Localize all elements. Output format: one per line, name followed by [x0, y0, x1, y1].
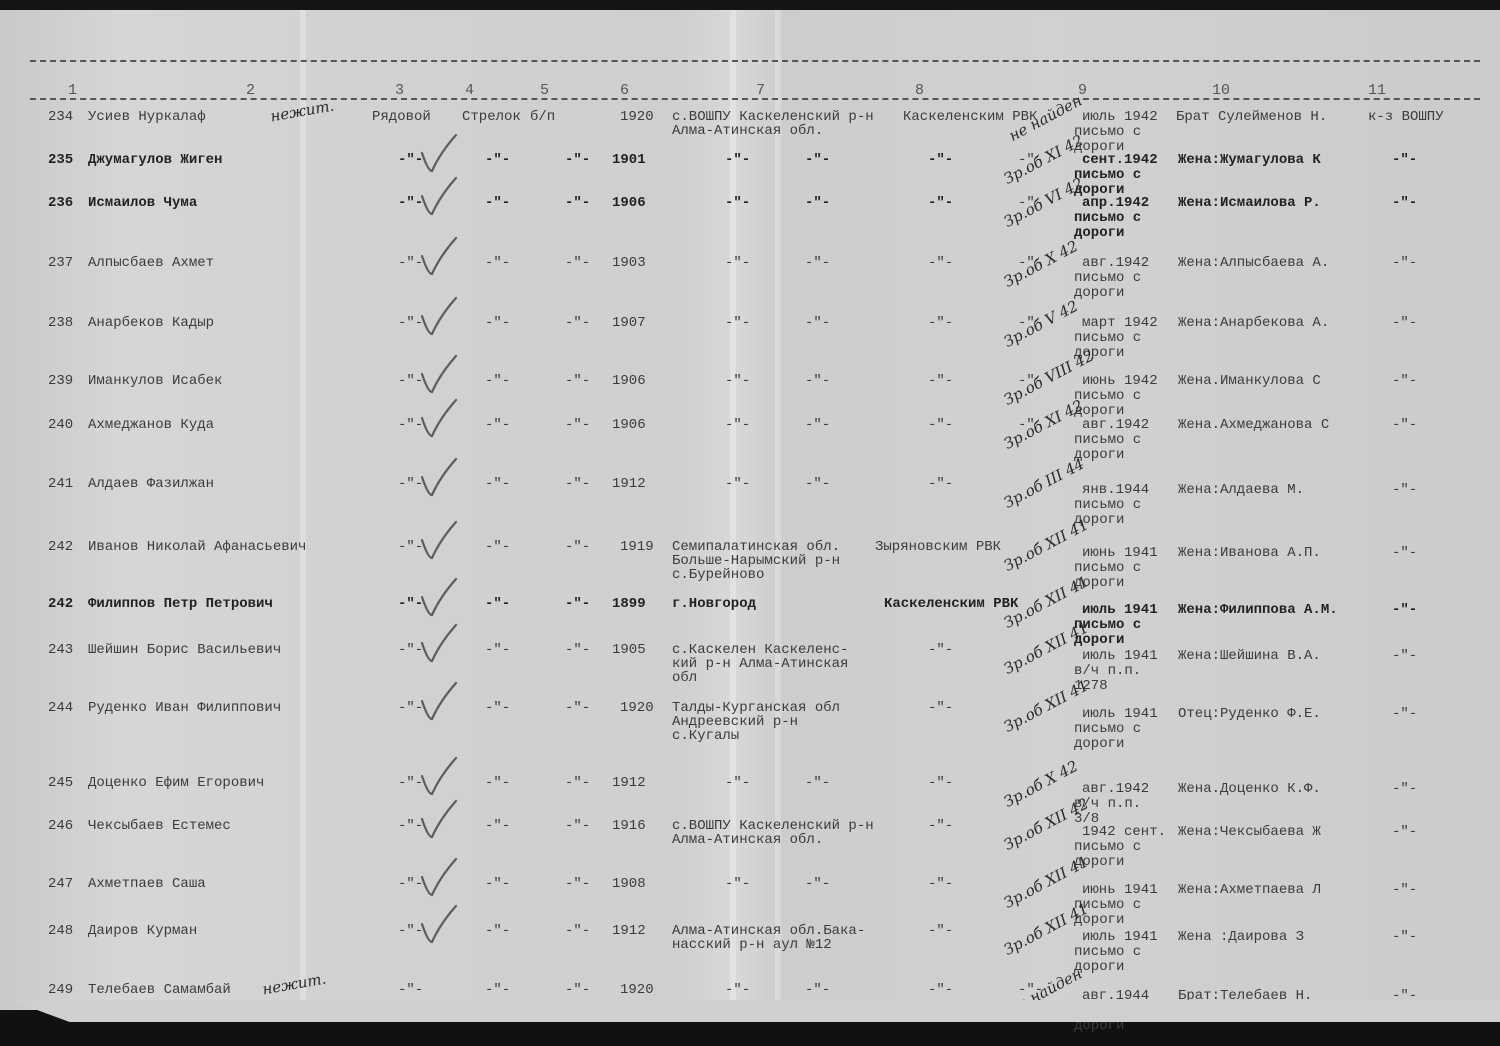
- address: -"-: [1392, 316, 1417, 331]
- birth-year: 1906: [612, 418, 646, 433]
- conscripted-by: -"-: [928, 877, 953, 892]
- last-contact-line: июль 1941: [1082, 603, 1158, 618]
- row-number: 242: [48, 540, 73, 555]
- soldier-name: Ахметпаев Саша: [88, 877, 206, 892]
- birth-year: 1901: [612, 153, 646, 168]
- birth-year: 1906: [612, 196, 646, 211]
- last-contact-line: дороги: [1074, 226, 1124, 241]
- last-contact-line: авг.1942: [1082, 782, 1149, 797]
- rank: Рядовой: [372, 110, 431, 125]
- last-contact-line: письмо с: [1074, 498, 1141, 513]
- soldier-name: Исмаилов Чума: [88, 196, 197, 211]
- conscripted-by: -"-: [928, 643, 953, 658]
- birth-year: 1920: [620, 983, 654, 998]
- conscripted-by: -"-: [928, 418, 953, 433]
- address: -"-: [1392, 483, 1417, 498]
- row-number: 235: [48, 153, 73, 168]
- column-number: 4: [465, 82, 474, 99]
- party-status: -"-: [565, 418, 590, 433]
- column-number: 10: [1212, 82, 1230, 99]
- check-mark-icon: [418, 455, 458, 499]
- soldier-name: Шейшин Борис Васильевич: [88, 643, 281, 658]
- check-mark-icon: [418, 621, 458, 665]
- column-number: 8: [915, 82, 924, 99]
- address: -"-: [1392, 930, 1417, 945]
- position: -"-: [485, 983, 510, 998]
- party-status: -"-: [565, 477, 590, 492]
- relative: Жена:Анарбекова А.: [1178, 316, 1329, 331]
- birthplace-line: -"-: [725, 418, 750, 433]
- relative: Жена:Филиппова А.М.: [1178, 603, 1338, 618]
- check-mark-icon: [418, 352, 458, 396]
- relative: Брат Сулейменов Н.: [1176, 110, 1327, 125]
- soldier-name: Анарбеков Кадыр: [88, 316, 214, 331]
- conscripted-by: -"-: [928, 776, 953, 791]
- last-contact-line: 1942 сент.: [1082, 825, 1166, 840]
- check-mark-icon: [418, 294, 458, 338]
- check-mark-icon: [418, 518, 458, 562]
- conscripted-by: Зыряновским РВК: [875, 540, 1001, 555]
- last-contact-line: июнь 1941: [1082, 546, 1158, 561]
- last-contact-line: июль 1941: [1082, 707, 1158, 722]
- birthplace-line: -"-: [805, 316, 830, 331]
- last-contact-line: письмо с: [1074, 722, 1141, 737]
- soldier-name: Джумагулов Жиген: [88, 153, 222, 168]
- handwritten-side-note: нежит.: [261, 970, 328, 999]
- relative: Жена.Ахмеджанова С: [1178, 418, 1329, 433]
- soldier-name: Алпысбаев Ахмет: [88, 256, 214, 271]
- birthplace-line: -"-: [725, 196, 750, 211]
- party-status: -"-: [565, 877, 590, 892]
- party-status: -"-: [565, 924, 590, 939]
- conscripted-by: Каскеленским РВК: [884, 597, 1018, 612]
- address: -"-: [1392, 374, 1417, 389]
- birthplace-line: -"-: [805, 196, 830, 211]
- row-number: 236: [48, 196, 73, 211]
- last-contact-line: авг.1942: [1082, 256, 1149, 271]
- birth-year: 1919: [620, 540, 654, 555]
- birthplace-line: -"-: [725, 316, 750, 331]
- last-contact-line: письмо с: [1074, 331, 1141, 346]
- address: -"-: [1392, 418, 1417, 433]
- birth-year: 1899: [612, 597, 646, 612]
- position: -"-: [485, 597, 510, 612]
- position: -"-: [485, 877, 510, 892]
- soldier-name: Усиев Нуркалаф: [88, 110, 206, 125]
- party-status: б/п: [530, 110, 555, 125]
- position: -"-: [485, 819, 510, 834]
- party-status: -"-: [565, 316, 590, 331]
- address: -"-: [1392, 825, 1417, 840]
- position: Стрелок: [462, 110, 521, 125]
- party-status: -"-: [565, 819, 590, 834]
- party-status: -"-: [565, 776, 590, 791]
- conscripted-by: -"-: [928, 924, 953, 939]
- relative: Жена:Шейшина В.А.: [1178, 649, 1321, 664]
- check-mark-icon: [418, 902, 458, 946]
- column-number: 1: [68, 82, 77, 99]
- row-number: 245: [48, 776, 73, 791]
- birthplace-line: -"-: [725, 477, 750, 492]
- soldier-name: Алдаев Фазилжан: [88, 477, 214, 492]
- relative: Жена:Жумагулова К: [1178, 153, 1321, 168]
- birth-year: 1912: [612, 924, 646, 939]
- conscripted-by: -"-: [928, 316, 953, 331]
- conscripted-by: -"-: [928, 701, 953, 716]
- column-number: 11: [1368, 82, 1386, 99]
- birthplace-line: Алма-Атинская обл.: [672, 124, 823, 139]
- birthplace-line: обл: [672, 671, 697, 686]
- soldier-name: Доценко Ефим Егорович: [88, 776, 264, 791]
- soldier-name: Чексыбаев Естемес: [88, 819, 231, 834]
- document-page: 1 2 3 4 5 6 7 8 9 10 11 234Усиев Нуркала…: [0, 10, 1500, 1010]
- check-mark-icon: [418, 855, 458, 899]
- check-mark-icon: [418, 234, 458, 278]
- birthplace-line: -"-: [805, 877, 830, 892]
- party-status: -"-: [565, 643, 590, 658]
- soldier-name: Руденко Иван Филиппович: [88, 701, 281, 716]
- birthplace-line: -"-: [805, 256, 830, 271]
- check-mark-icon: [418, 174, 458, 218]
- last-contact-line: в/ч п.п.: [1074, 664, 1141, 679]
- last-contact-line: дороги: [1074, 737, 1124, 752]
- birth-year: 1903: [612, 256, 646, 271]
- birthplace-line: -"-: [725, 153, 750, 168]
- party-status: -"-: [565, 256, 590, 271]
- row-number: 240: [48, 418, 73, 433]
- birth-year: 1916: [612, 819, 646, 834]
- position: -"-: [485, 540, 510, 555]
- row-number: 246: [48, 819, 73, 834]
- column-number: 7: [756, 82, 765, 99]
- row-number: 237: [48, 256, 73, 271]
- address: к-з ВОШПУ: [1368, 110, 1444, 125]
- birthplace-line: насский р-н аул №12: [672, 938, 832, 953]
- column-number: 2: [246, 82, 255, 99]
- last-contact-line: письмо с: [1074, 945, 1141, 960]
- position: -"-: [485, 316, 510, 331]
- party-status: -"-: [565, 597, 590, 612]
- party-status: -"-: [565, 153, 590, 168]
- position: -"-: [485, 701, 510, 716]
- relative: Жена:Ахметпаева Л: [1178, 883, 1321, 898]
- address: -"-: [1392, 196, 1417, 211]
- relative: Жена.Доценко К.Ф.: [1178, 782, 1321, 797]
- birth-year: 1906: [612, 374, 646, 389]
- page-bottom-edge: [10, 1000, 1500, 1022]
- last-contact-line: авг.1942: [1082, 418, 1149, 433]
- address: -"-: [1392, 782, 1417, 797]
- soldier-name: Даиров Курман: [88, 924, 197, 939]
- check-mark-icon: [418, 754, 458, 798]
- birthplace-line: Алма-Атинская обл.: [672, 833, 823, 848]
- relative: Жена:Алдаева М.: [1178, 483, 1304, 498]
- position: -"-: [485, 477, 510, 492]
- last-contact-line: письмо с: [1074, 433, 1141, 448]
- row-number: 249: [48, 983, 73, 998]
- address: -"-: [1392, 603, 1417, 618]
- birth-year: 1905: [612, 643, 646, 658]
- birthplace-line: -"-: [725, 776, 750, 791]
- row-number: 238: [48, 316, 73, 331]
- soldier-name: Ахмеджанов Куда: [88, 418, 214, 433]
- row-number: 244: [48, 701, 73, 716]
- birthplace-line: -"-: [805, 983, 830, 998]
- last-contact-line: июль 1941: [1082, 649, 1158, 664]
- position: -"-: [485, 374, 510, 389]
- relative: Жена:Иванова А.П.: [1178, 546, 1321, 561]
- last-contact-line: июнь 1942: [1082, 374, 1158, 389]
- check-mark-icon: [418, 575, 458, 619]
- rank: -"-: [398, 983, 423, 998]
- last-contact-line: письмо с: [1074, 211, 1141, 226]
- check-mark-icon: [418, 797, 458, 841]
- birthplace-line: с.Кугалы: [672, 729, 739, 744]
- row-number: 247: [48, 877, 73, 892]
- header-rule-top: [30, 60, 1480, 62]
- handwritten-note: Зр.об V 42: [1001, 297, 1081, 351]
- address: -"-: [1392, 707, 1417, 722]
- relative: Жена:Алпысбаева А.: [1178, 256, 1329, 271]
- party-status: -"-: [565, 374, 590, 389]
- row-number: 242: [48, 597, 73, 612]
- party-status: -"-: [565, 196, 590, 211]
- address: -"-: [1392, 883, 1417, 898]
- position: -"-: [485, 196, 510, 211]
- conscripted-by: -"-: [928, 374, 953, 389]
- birthplace-line: г.Новгород: [672, 597, 756, 612]
- relative: Жена.Иманкулова С: [1178, 374, 1321, 389]
- position: -"-: [485, 418, 510, 433]
- paper-fold: [300, 10, 306, 1010]
- last-contact-line: июль 1941: [1082, 930, 1158, 945]
- last-contact-line: март 1942: [1082, 316, 1158, 331]
- birthplace-line: -"-: [725, 256, 750, 271]
- birth-year: 1907: [612, 316, 646, 331]
- row-number: 239: [48, 374, 73, 389]
- birth-year: 1920: [620, 701, 654, 716]
- birth-year: 1912: [612, 776, 646, 791]
- column-number: 3: [395, 82, 404, 99]
- last-contact-line: июль 1942: [1082, 110, 1158, 125]
- birthplace-line: -"-: [805, 477, 830, 492]
- relative: Жена:Исмаилова Р.: [1178, 196, 1321, 211]
- check-mark-icon: [418, 131, 458, 175]
- conscripted-by: -"-: [928, 256, 953, 271]
- column-number: 5: [540, 82, 549, 99]
- position: -"-: [485, 924, 510, 939]
- row-number: 243: [48, 643, 73, 658]
- position: -"-: [485, 153, 510, 168]
- birthplace-line: -"-: [725, 983, 750, 998]
- position: -"-: [485, 776, 510, 791]
- relative: Жена:Чексыбаева Ж: [1178, 825, 1321, 840]
- handwritten-note: Зр.об X 42: [1001, 237, 1081, 291]
- last-contact-line: письмо с: [1074, 389, 1141, 404]
- address: -"-: [1392, 546, 1417, 561]
- row-number: 241: [48, 477, 73, 492]
- position: -"-: [485, 256, 510, 271]
- check-mark-icon: [418, 679, 458, 723]
- birthplace-line: -"-: [805, 418, 830, 433]
- conscripted-by: -"-: [928, 983, 953, 998]
- party-status: -"-: [565, 701, 590, 716]
- paper-fold: [775, 10, 781, 1010]
- last-contact-line: апр.1942: [1082, 196, 1149, 211]
- conscripted-by: -"-: [928, 819, 953, 834]
- column-number: 6: [620, 82, 629, 99]
- last-contact-line: дороги: [1074, 286, 1124, 301]
- soldier-name: Филиппов Петр Петрович: [88, 597, 273, 612]
- address: -"-: [1392, 649, 1417, 664]
- row-number: 234: [48, 110, 73, 125]
- conscripted-by: -"-: [928, 196, 953, 211]
- conscripted-by: -"-: [928, 153, 953, 168]
- birth-year: 1920: [620, 110, 654, 125]
- last-contact-line: письмо с: [1074, 125, 1141, 140]
- birthplace-line: -"-: [725, 374, 750, 389]
- conscripted-by: -"-: [928, 477, 953, 492]
- relative: Отец:Руденко Ф.Е.: [1178, 707, 1321, 722]
- row-number: 248: [48, 924, 73, 939]
- address: -"-: [1392, 256, 1417, 271]
- birth-year: 1912: [612, 477, 646, 492]
- last-contact-line: июнь 1941: [1082, 883, 1158, 898]
- check-mark-icon: [418, 396, 458, 440]
- last-contact-line: сент.1942: [1082, 153, 1158, 168]
- relative: Жена :Даирова З: [1178, 930, 1304, 945]
- last-contact-line: янв.1944: [1082, 483, 1149, 498]
- party-status: -"-: [565, 540, 590, 555]
- last-contact-line: письмо с: [1074, 271, 1141, 286]
- party-status: -"-: [565, 983, 590, 998]
- soldier-name: Иванов Николай Афанасьевич: [88, 540, 306, 555]
- birth-year: 1908: [612, 877, 646, 892]
- last-contact-line: письмо с: [1074, 168, 1141, 183]
- birthplace-line: с.Бурейново: [672, 568, 764, 583]
- soldier-name: Иманкулов Исабек: [88, 374, 222, 389]
- birthplace-line: -"-: [805, 374, 830, 389]
- birthplace-line: -"-: [805, 776, 830, 791]
- birthplace-line: -"-: [725, 877, 750, 892]
- soldier-name: Телебаев Самамбай: [88, 983, 231, 998]
- birthplace-line: -"-: [805, 153, 830, 168]
- last-contact-line: письмо с: [1074, 840, 1141, 855]
- birthplace-line: кий р-н Алма-Атинская: [672, 657, 848, 672]
- address: -"-: [1392, 153, 1417, 168]
- position: -"-: [485, 643, 510, 658]
